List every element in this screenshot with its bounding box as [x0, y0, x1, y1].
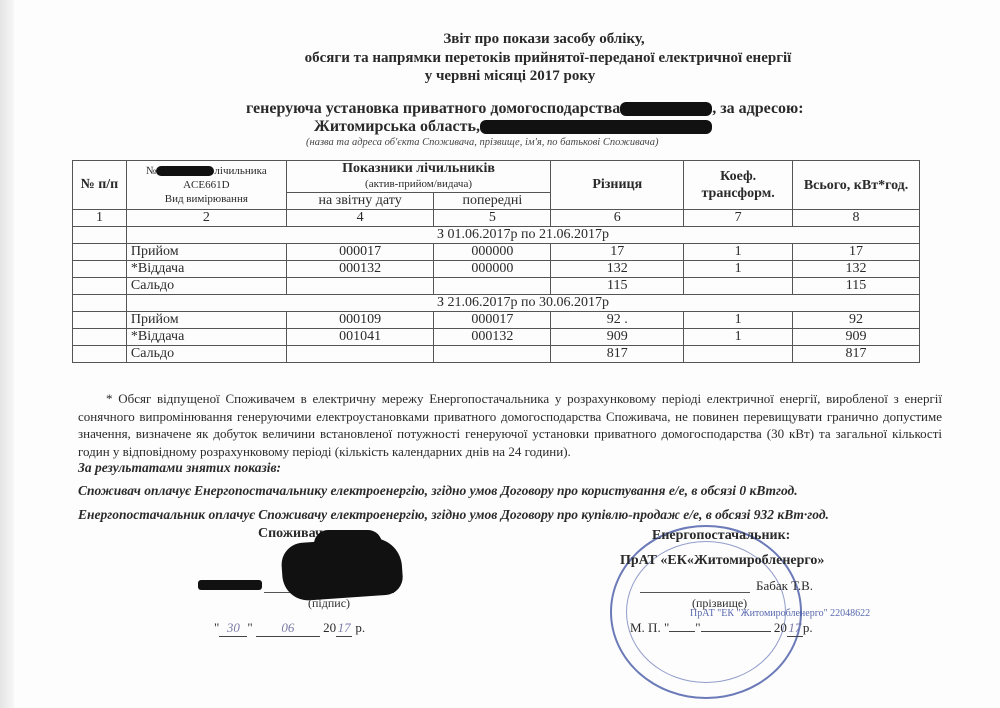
address-hint: (назва та адреса об'єкта Споживача, пріз…	[306, 137, 658, 148]
consumer-year-end: р.	[355, 620, 365, 635]
period-num-cell	[73, 295, 127, 312]
total-kwh: 17	[793, 244, 920, 261]
previous-reading: 000017	[434, 312, 551, 329]
colnum: 2	[126, 210, 286, 227]
previous-reading: 000132	[434, 329, 551, 346]
measure-type: *Віддача	[126, 329, 286, 346]
current-reading: 000109	[286, 312, 434, 329]
supplier-year-end: р.	[803, 620, 813, 635]
supplier-company: ПрАТ «ЕК«Житомиробленерго»	[620, 553, 824, 569]
periods-body: З 01.06.2017р по 21.06.2017р Прийом 0000…	[73, 227, 920, 363]
row-num	[73, 346, 127, 363]
report-title-line1: Звіт про покази засобу обліку,	[44, 30, 1000, 49]
supplier-date-day	[669, 631, 695, 632]
meter-readings-table: № п/п №лічильника ACE661D Вид вимірюванн…	[72, 160, 920, 363]
supplier-signature-caption: (прізвище)	[692, 596, 747, 611]
supplier-date: М. П. "" 2017р.	[630, 620, 813, 637]
total-kwh: 92	[793, 312, 920, 329]
coef	[684, 346, 793, 363]
previous-reading	[434, 346, 551, 363]
row-num	[73, 312, 127, 329]
table-row: *Віддача 001041 000132 909 1 909	[73, 329, 920, 346]
header-difference: Різниця	[551, 161, 684, 210]
coef: 1	[684, 312, 793, 329]
difference: 909	[551, 329, 684, 346]
generator-suffix: , за адресою:	[712, 100, 803, 117]
table-row: *Віддача 000132 000000 132 1 132	[73, 261, 920, 278]
current-reading	[286, 278, 434, 295]
row-num	[73, 278, 127, 295]
measure-type: *Віддача	[126, 261, 286, 278]
table-row: Сальдо 817 817	[73, 346, 920, 363]
consumer-date-month: 06	[256, 620, 320, 637]
table-row: Прийом 000109 000017 92 . 1 92	[73, 312, 920, 329]
header-meter: №лічильника ACE661D Вид вимірювання	[126, 161, 286, 210]
redacted-consumer-name	[198, 580, 262, 590]
supplier-pays-line: Енергопостачальник оплачує Споживачу еле…	[78, 507, 829, 523]
column-number-row: 1 2 4 5 6 7 8	[73, 210, 920, 227]
supplier-mp: М. П. "	[630, 620, 669, 635]
previous-reading: 000000	[434, 244, 551, 261]
header-num: № п/п	[73, 161, 127, 210]
measure-type: Вид вимірювання	[165, 193, 248, 205]
consumer-date: "30" 06 2017 р.	[214, 620, 365, 637]
header-total: Всього, кВт*год.	[793, 161, 920, 210]
measure-type: Прийом	[126, 244, 286, 261]
coef	[684, 278, 793, 295]
report-title-line2: обсяги та напрямки перетоків прийнятої-п…	[48, 49, 1000, 68]
row-num	[73, 261, 127, 278]
header-previous: попередні	[434, 192, 551, 209]
colnum: 6	[551, 210, 684, 227]
difference: 132	[551, 261, 684, 278]
colnum: 7	[684, 210, 793, 227]
measure-type: Сальдо	[126, 346, 286, 363]
generator-prefix: генеруюча установка приватного домогоспо…	[246, 100, 620, 117]
previous-reading	[434, 278, 551, 295]
results-heading: За результатами знятих показів:	[78, 460, 281, 476]
meter-suffix: лічильника	[214, 165, 266, 177]
address-prefix: Житомирська область,	[314, 118, 480, 135]
total-kwh: 909	[793, 329, 920, 346]
table-row: Сальдо 115 115	[73, 278, 920, 295]
redacted-address	[480, 120, 712, 134]
period-row: З 21.06.2017р по 30.06.2017р	[73, 295, 920, 312]
measure-type: Прийом	[126, 312, 286, 329]
redacted-meter-number	[156, 166, 214, 176]
report-title-line3: у червні місяці 2017 року	[10, 67, 1000, 86]
supplier-year-prefix: 20	[774, 620, 787, 635]
period-num-cell	[73, 227, 127, 244]
redacted-name	[620, 102, 712, 116]
difference: 17	[551, 244, 684, 261]
table-header-row: № п/п №лічильника ACE661D Вид вимірюванн…	[73, 161, 920, 193]
period-row: З 01.06.2017р по 21.06.2017р	[73, 227, 920, 244]
total-kwh: 132	[793, 261, 920, 278]
current-reading: 000017	[286, 244, 434, 261]
coef: 1	[684, 261, 793, 278]
meter-model: ACE661D	[183, 179, 229, 191]
scan-edge	[0, 0, 14, 708]
header-coef: Коеф. трансформ.	[684, 161, 793, 210]
difference: 115	[551, 278, 684, 295]
current-reading: 001041	[286, 329, 434, 346]
period-label: З 21.06.2017р по 30.06.2017р	[126, 295, 919, 312]
period-label: З 01.06.2017р по 21.06.2017р	[126, 227, 919, 244]
row-num	[73, 244, 127, 261]
address-line: Житомирська область,	[314, 118, 712, 136]
footnote: * Обсяг відпущеної Споживачем в електрич…	[78, 390, 942, 460]
header-readings: Показники лічильників (актив-прийом/вида…	[286, 161, 551, 193]
difference: 817	[551, 346, 684, 363]
total-kwh: 115	[793, 278, 920, 295]
coef: 1	[684, 244, 793, 261]
supplier-year-suffix: 17	[787, 620, 803, 637]
supplier-quote: "	[695, 620, 700, 635]
difference: 92 .	[551, 312, 684, 329]
row-num	[73, 329, 127, 346]
supplier-date-month	[701, 631, 771, 632]
colnum: 1	[73, 210, 127, 227]
colnum: 5	[434, 210, 551, 227]
consumer-signature-caption: (підпис)	[308, 596, 350, 611]
table-row: Прийом 000017 000000 17 1 17	[73, 244, 920, 261]
readings-subtitle: (актив-прийом/видача)	[365, 178, 472, 190]
current-reading	[286, 346, 434, 363]
current-reading: 000132	[286, 261, 434, 278]
colnum: 4	[286, 210, 434, 227]
previous-reading: 000000	[434, 261, 551, 278]
generator-line: генеруюча установка приватного домогоспо…	[246, 100, 804, 118]
consumer-date-day: 30	[219, 620, 247, 637]
total-kwh: 817	[793, 346, 920, 363]
supplier-label: Енергопостачальник:	[652, 528, 790, 544]
colnum: 8	[793, 210, 920, 227]
consumer-year-suffix: 17	[336, 620, 352, 637]
measure-type: Сальдо	[126, 278, 286, 295]
meter-prefix: №	[146, 165, 157, 177]
consumer-pays-line: Споживач оплачує Енергопостачальнику еле…	[78, 483, 798, 499]
redacted-signature	[280, 536, 404, 602]
supplier-signature-line	[640, 592, 750, 593]
coef: 1	[684, 329, 793, 346]
consumer-year-prefix: 20	[323, 620, 336, 635]
readings-title: Показники лічильників	[342, 161, 495, 176]
header-current: на звітну дату	[286, 192, 434, 209]
supplier-person: Бабак Т.В.	[756, 578, 813, 594]
